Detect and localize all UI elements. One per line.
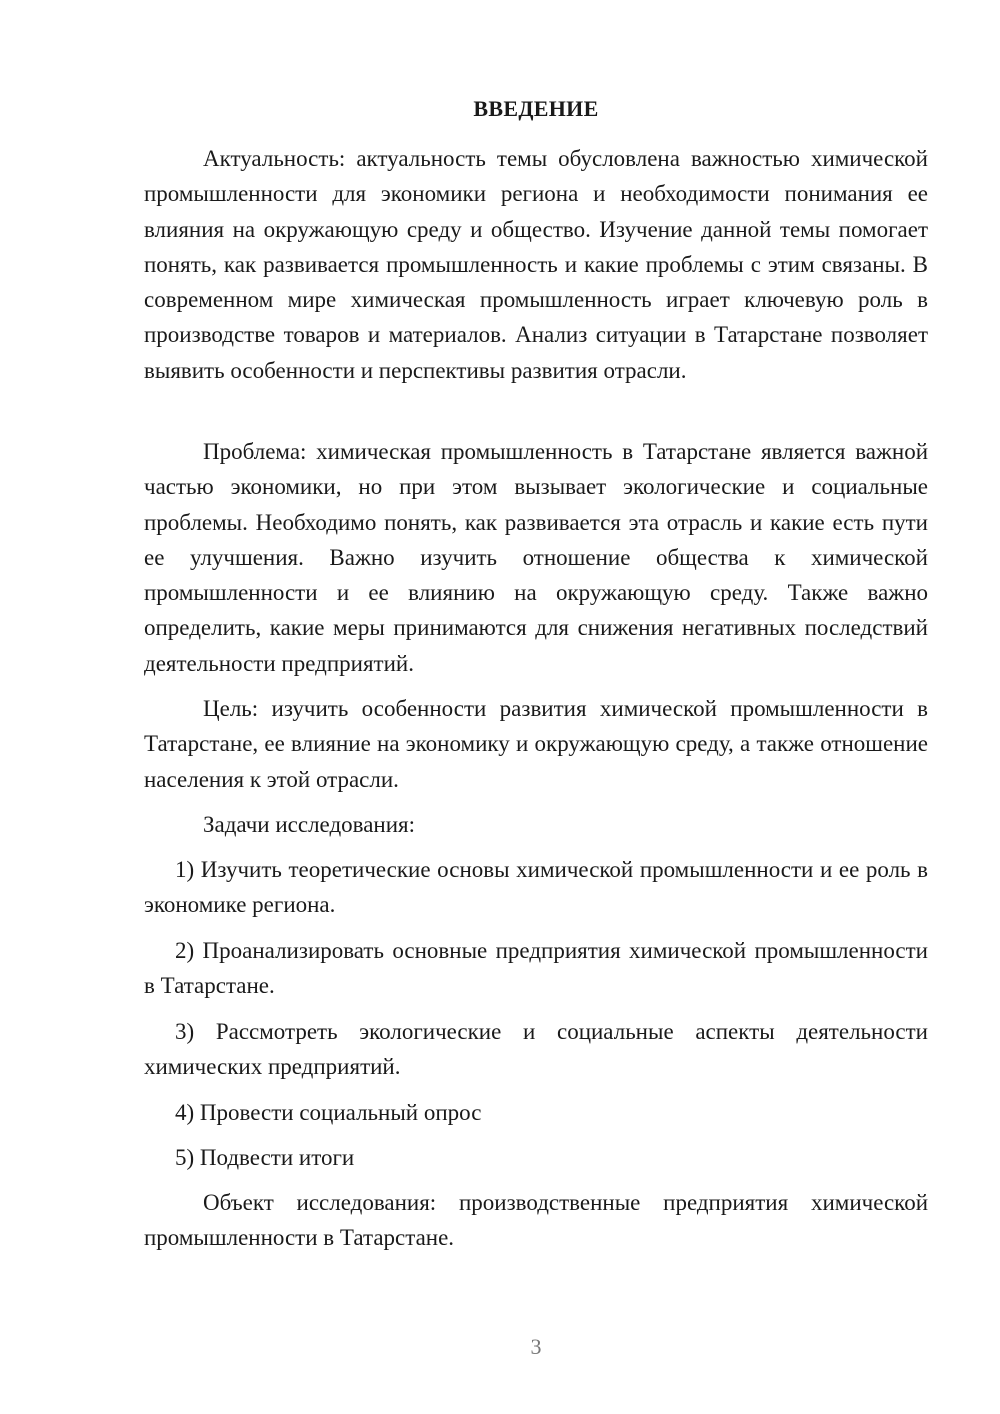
tasks-heading: Задачи исследования:: [144, 807, 928, 842]
page-number: 3: [0, 1334, 1000, 1360]
task-list-item: 2) Проанализировать основные предприятия…: [144, 933, 928, 1004]
task-2: 2) Проанализировать основные предприятия…: [144, 933, 928, 1004]
body-text: Объект исследования: производственные пр…: [144, 1185, 928, 1256]
paragraph-goal: Цель: изучить особенности развития химич…: [144, 691, 928, 797]
paragraph-problem: Проблема: химическая промышленность в Та…: [144, 434, 928, 681]
task-4: 4) Провести социальный опрос: [144, 1095, 928, 1130]
task-list-item: 3) Рассмотреть экологические и социальны…: [144, 1014, 928, 1085]
task-list-item: 5) Подвести итоги: [144, 1140, 928, 1175]
task-list-item: 1) Изучить теоретические основы химическ…: [144, 852, 928, 923]
body-text: Проблема: химическая промышленность в Та…: [144, 434, 928, 681]
document-page: ВВЕДЕНИЕ Актуальность: актуальность темы…: [0, 0, 1000, 1414]
body-text: Задачи исследования:: [144, 807, 928, 842]
body-text: Актуальность: актуальность темы обусловл…: [144, 141, 928, 388]
task-list-item: 4) Провести социальный опрос: [144, 1095, 928, 1130]
paragraph-relevance: Актуальность: актуальность темы обусловл…: [144, 141, 928, 388]
task-5: 5) Подвести итоги: [144, 1140, 928, 1175]
task-3: 3) Рассмотреть экологические и социальны…: [144, 1014, 928, 1085]
body-text: Цель: изучить особенности развития химич…: [144, 691, 928, 797]
page-title: ВВЕДЕНИЕ: [0, 96, 1000, 122]
task-1: 1) Изучить теоретические основы химическ…: [144, 852, 928, 923]
paragraph-object: Объект исследования: производственные пр…: [144, 1185, 928, 1256]
